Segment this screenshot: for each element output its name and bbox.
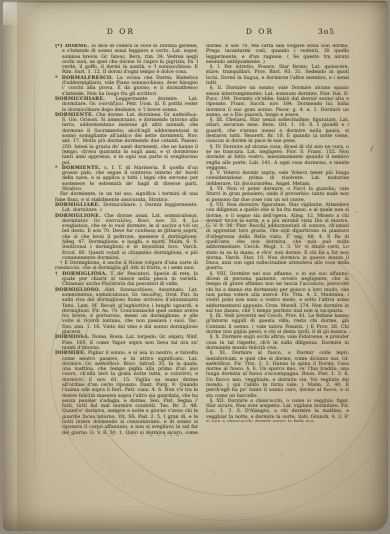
text-block: (*) DORME. Si dice in collera la voce di… <box>55 44 349 436</box>
running-title-left: D OR <box>98 27 144 36</box>
dictionary-entry: §. VII. Non dormire; figuratam. Star vig… <box>206 203 349 272</box>
entry-text: † E Dormiglione, è anche il Nome volgare… <box>55 261 198 271</box>
dictionary-entry: §. XII. Dormire a chius'occhi, o come si… <box>206 399 349 422</box>
entry-text: dorme. E son 70. Ma certa una volgare st… <box>206 44 349 65</box>
dictionary-entry: §. X. Dormire sugli occhi altrui; vale F… <box>206 335 349 351</box>
left-column: (*) DORME. Si dice in collera la voce di… <box>55 44 198 436</box>
dictionary-entry: Far dormiente, in un tal uso, significa … <box>55 192 198 203</box>
dictionary-entry: DORMIRE. Pigliar il sonno, e si usa in n… <box>55 351 198 436</box>
dictionary-entry: §. V. Volerci dormir sopra; vale Volerci… <box>206 171 349 187</box>
dictionary-entry: dorme. E son 70. Ma certa una volgare st… <box>206 44 349 65</box>
paper-page: D OR D OR 3o5 (*) DORME. Si dice in coll… <box>3 1 388 531</box>
entry-text: §. V. Volerci dormir sopra; vale Volerci… <box>206 171 349 187</box>
right-column: dorme. E son 70. Ma certa una volgare st… <box>206 44 349 422</box>
fox-spot <box>349 331 351 333</box>
entry-text: §. IV. Dormire ad alcuna cosa; dicesi di… <box>206 145 349 171</box>
dictionary-entry: * DORMIENTE. s. f. T. di Marineria. È qu… <box>55 166 198 192</box>
dictionary-entry: §. II. Dormire un sonno; vale Dormire al… <box>206 86 349 118</box>
scanned-book-page: D OR D OR 3o5 (*) DORME. Si dice in coll… <box>0 0 390 534</box>
fox-spot <box>355 211 358 213</box>
dictionary-entry: DORMICCHIARE. Leggermente dormire. Lat. … <box>55 97 198 113</box>
entry-text: Pigliar il sonno, e si usa in neutro, e … <box>62 351 198 436</box>
entry-text: §. IX. Vedi proverbi nel Cecch. Prov. 41… <box>206 314 349 335</box>
entry-text: Far dormiente, in un tal uso, significa … <box>55 192 198 202</box>
dictionary-entry: §. VIII. Dormire nel suo affanno, o in s… <box>206 272 349 314</box>
entry-text: Che dorme. Lat. dormiens. Gr. καθεύδων. … <box>62 113 198 166</box>
dictionary-entry: † E Dormiglione, è anche il Nome volgare… <box>55 261 198 272</box>
entry-text: §. VI. Non ci poter dormire, o Farci la … <box>206 187 349 203</box>
dictionary-entry: §. I. Per istretto, Posare, Star fermo. … <box>206 65 349 86</box>
entry-headword: DORMIGLIOSO. <box>55 288 100 293</box>
gutter-crease <box>34 56 35 496</box>
entry-text: Che dorme assai. Lat. somniculosus, dorm… <box>62 214 198 261</box>
dictionary-entry: §. VI. Non ci poter dormire, o Farci la … <box>206 187 349 203</box>
entry-text: §. VIII. Dormire nel suo affanno, o in s… <box>206 272 349 314</box>
fox-spot <box>281 453 283 455</box>
entry-text: §. I. Per istretto, Posare, Star fermo. … <box>206 65 349 86</box>
dictionary-entry: DORMIOSA. Nome, Bosia. Lat. torpedo. Gr.… <box>55 335 198 351</box>
dictionary-entry: §. IV. Dormire ad alcuna cosa; dicesi di… <box>206 145 349 171</box>
entry-text: §. II. Dormire un sonno; vale Dormire al… <box>206 86 349 117</box>
dictionary-entry: * DORMALFRESCO. La vicina che Dormi; Bis… <box>55 76 198 97</box>
entry-text: §. XII. Dormire a chius'occhi, o come si… <box>206 399 349 422</box>
page-gutter-shadow <box>17 1 43 531</box>
entry-text: Add. Sonnacchioso, Assonnato. Lat. somno… <box>62 288 198 335</box>
entry-text: §. XI. Dormire al fuoco, o Dormir colle … <box>206 351 349 398</box>
entry-headword: DORMIGLIONE. <box>55 214 101 219</box>
dictionary-entry: (*) DORME. Si dice in collera la voce di… <box>55 44 198 76</box>
fox-spot <box>123 482 125 484</box>
dictionary-entry: §. IX. Vedi proverbi nel Cecch. Prov. 41… <box>206 314 349 335</box>
marginal-ink-mark <box>370 144 377 153</box>
page-number: 3o5 <box>303 27 335 36</box>
entry-text: §. X. Dormire sugli occhi altrui; vale F… <box>206 335 349 351</box>
dictionary-entry: † DORMIGLIOSA. T. de' Pescatori. Specie … <box>55 272 198 288</box>
entry-headword: DORMIOSA. <box>55 335 90 340</box>
scan-top-edge <box>3 1 388 3</box>
dictionary-entry: DORMIGLIOSO. Add. Sonnacchioso, Assonnat… <box>55 288 198 336</box>
dictionary-entry: DORMIENTE. Che dorme. Lat. dormiens. Gr.… <box>55 113 198 166</box>
dictionary-entry: DORMIGLIARE. Dormicchiare. ( Dormir legg… <box>55 203 198 214</box>
entry-text: §. VII. Non dormire; figuratam. Star vig… <box>206 203 349 272</box>
entry-text: §. III. Chetarsi, Star senza sollecitudi… <box>206 118 349 144</box>
entry-text: Si dice in collera la voce di Dormia gir… <box>62 44 198 75</box>
dictionary-entry: DORMIGLIONE. Che dorme assai. Lat. somni… <box>55 214 198 262</box>
dictionary-entry: §. XI. Dormire al fuoco, o Dormir colle … <box>206 351 349 399</box>
dictionary-entry: §. III. Chetarsi, Star senza sollecitudi… <box>206 118 349 144</box>
running-title-right: D OR <box>237 27 283 36</box>
fox-spot <box>213 471 216 473</box>
entry-headword: DORMIRE. <box>55 351 86 356</box>
